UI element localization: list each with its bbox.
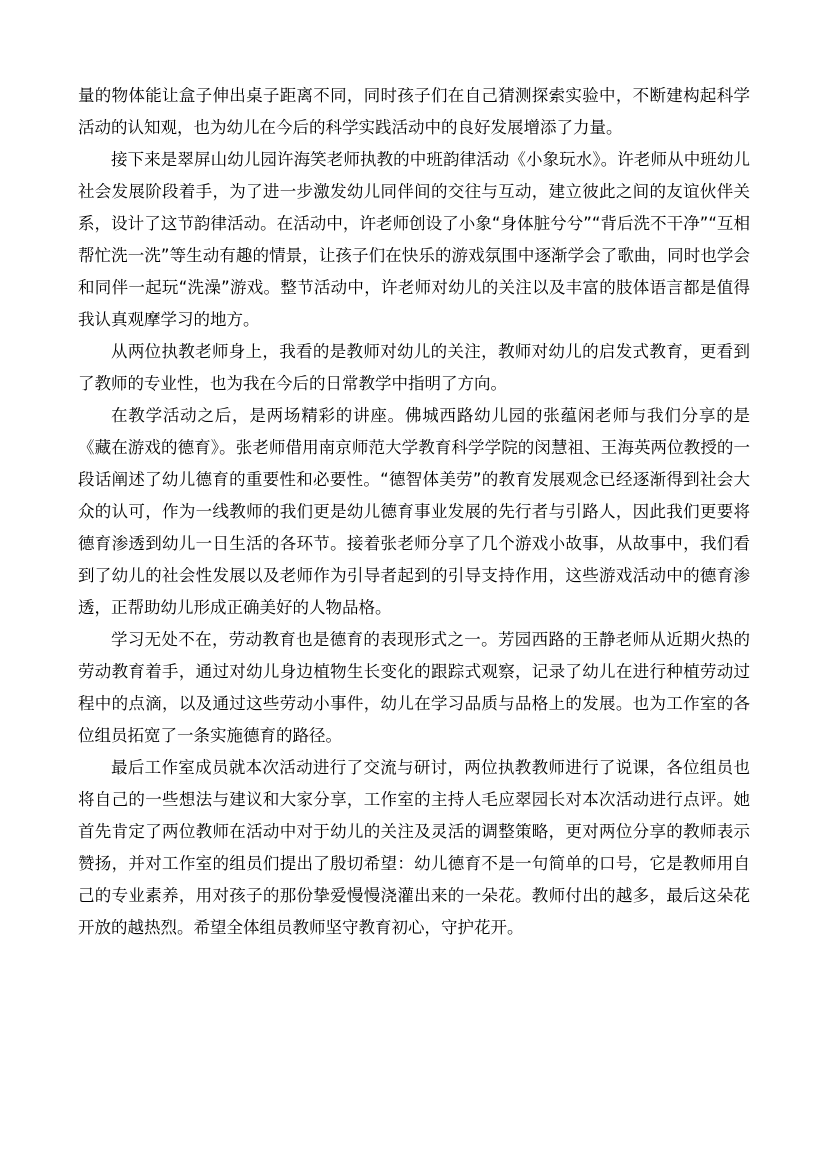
document-body-text: 量的物体能让盒子伸出桌子距离不同，同时孩子们在自己猜测探索实验中，不断建构起科学… bbox=[78, 80, 750, 944]
document-page: 量的物体能让盒子伸出桌子距离不同，同时孩子们在自己猜测探索实验中，不断建构起科学… bbox=[0, 0, 827, 1170]
paragraph: 学习无处不在，劳动教育也是德育的表现形式之一。芳园西路的王静老师从近期火热的劳动… bbox=[78, 624, 750, 752]
paragraph: 最后工作室成员就本次活动进行了交流与研讨，两位执教教师进行了说课，各位组员也将自… bbox=[78, 752, 750, 944]
paragraph: 量的物体能让盒子伸出桌子距离不同，同时孩子们在自己猜测探索实验中，不断建构起科学… bbox=[78, 80, 750, 144]
paragraph: 从两位执教老师身上，我看的是教师对幼儿的关注，教师对幼儿的启发式教育，更看到了教… bbox=[78, 336, 750, 400]
paragraph: 接下来是翠屏山幼儿园许海笑老师执教的中班韵律活动《小象玩水》。许老师从中班幼儿社… bbox=[78, 144, 750, 336]
paragraph: 在教学活动之后，是两场精彩的讲座。佛城西路幼儿园的张蕴闲老师与我们分享的是《藏在… bbox=[78, 400, 750, 624]
